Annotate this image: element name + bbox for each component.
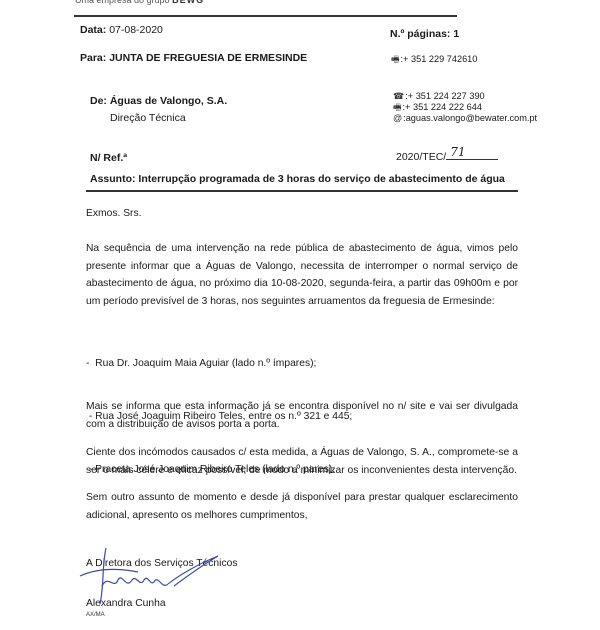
sender-fax: 🖷:+ 351 224 222 644 <box>393 102 537 113</box>
date-label: Data: <box>80 24 106 36</box>
subject-value: Interrupção programada de 3 horas do ser… <box>138 173 504 185</box>
reference-handwritten-number: 71 <box>450 145 465 159</box>
signatory-name: Alexandra Cunha <box>86 598 166 609</box>
at-icon: @ <box>393 113 402 124</box>
date-value: 07-08-2020 <box>109 24 163 36</box>
letter-paragraph-3: Ciente dos incómodos causados c/ esta me… <box>86 444 518 479</box>
sender-phone-number: :+ 351 224 227 390 <box>405 91 484 101</box>
recipient-label: Para: <box>80 52 106 64</box>
recipient-fax: 🖷:+ 351 229 742610 <box>391 54 477 65</box>
pages-field: N.º páginas: 1 <box>390 28 459 40</box>
signatory-initials: AX/MA <box>86 612 105 618</box>
reference-value: 2020/TEC/ <box>396 151 446 163</box>
sender-value: Águas de Valongo, S.A. <box>110 95 227 107</box>
sender-phone: ☎:+ 351 224 227 390 <box>393 91 537 102</box>
paragraph-text: Mais se informa que esta informação já s… <box>86 398 518 433</box>
sender-email-address: :aguas.valongo@bewater.com.pt <box>403 113 537 123</box>
letter-paragraph-1: Na sequência de uma intervenção na rede … <box>86 240 518 310</box>
paragraph-text: Na sequência de uma intervenção na rede … <box>86 240 518 310</box>
subject-label: Assunto: <box>90 173 136 185</box>
pages-value: 1 <box>453 28 459 40</box>
street-item: - Rua Dr. Joaquim Maia Aguiar (lado n.º … <box>86 355 518 373</box>
sender-field: De: Águas de Valongo, S.A. <box>90 95 227 107</box>
header-tagline: Uma empresa do grupo BEWG <box>75 0 204 5</box>
fax-icon: 🖷 <box>391 54 400 65</box>
salutation: Exmos. Srs. <box>86 205 518 223</box>
reference-label: N/ Ref.ª <box>90 152 127 164</box>
recipient-fax-number: :+ 351 229 742610 <box>401 54 478 64</box>
date-field: Data: 07-08-2020 <box>80 24 163 36</box>
paragraph-text: Ciente dos incómodos causados c/ esta me… <box>86 444 518 479</box>
recipient-field: Para: JUNTA DE FREGUESIA DE ERMESINDE <box>80 52 307 64</box>
paragraph-text: Sem outro assunto de momento e desde já … <box>86 489 518 524</box>
letter-paragraph-2: Mais se informa que esta informação já s… <box>86 398 518 433</box>
tagline-text: Uma empresa do grupo <box>75 0 170 5</box>
sender-email: @:aguas.valongo@bewater.com.pt <box>393 113 537 124</box>
sender-contacts: ☎:+ 351 224 227 390 🖷:+ 351 224 222 644 … <box>393 91 537 124</box>
tagline-brand: BEWG <box>172 0 204 5</box>
reference-field: 2020/TEC/71 <box>396 149 498 163</box>
phone-icon: ☎ <box>393 91 404 102</box>
reference-handwritten-line: 71 <box>446 149 498 160</box>
header-top-rule <box>74 15 457 17</box>
sender-label: De: <box>90 95 107 107</box>
recipient-value: JUNTA DE FREGUESIA DE ERMESINDE <box>109 52 307 64</box>
fax-icon: 🖷 <box>393 102 402 113</box>
sender-department: Direção Técnica <box>110 112 186 124</box>
pages-label: N.º páginas: <box>390 28 450 40</box>
subject-field: Assunto: Interrupção programada de 3 hor… <box>90 173 505 185</box>
handwritten-signature <box>78 546 228 606</box>
letter-paragraph-4: Sem outro assunto de momento e desde já … <box>86 489 518 524</box>
sender-fax-number: :+ 351 224 222 644 <box>403 102 482 112</box>
header-bottom-rule <box>86 190 518 192</box>
